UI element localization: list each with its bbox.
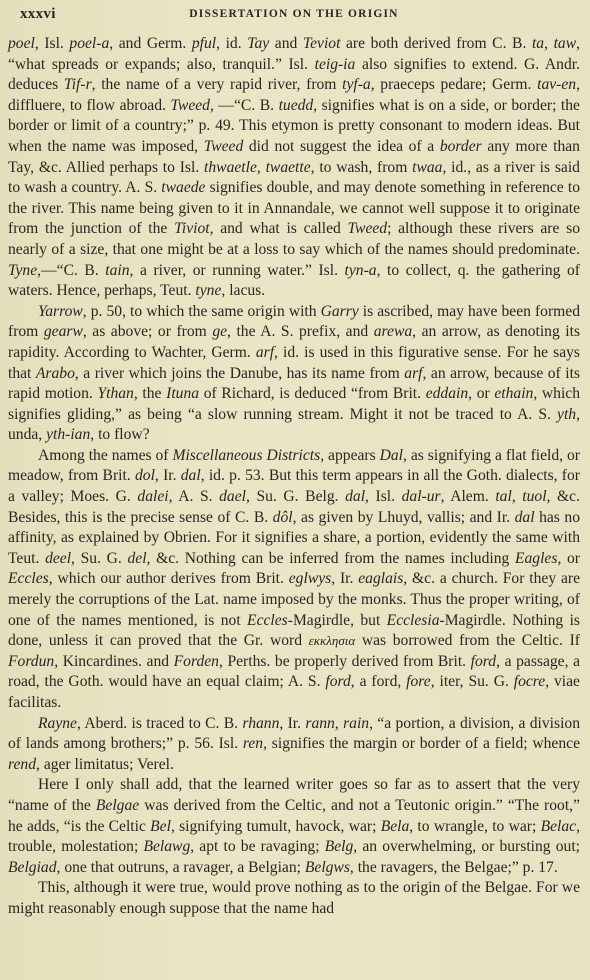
italic-term: Garry — [321, 303, 359, 320]
text-run: , an overwhelming, or bursting out; — [353, 838, 580, 855]
italic-term: Eagles — [515, 550, 557, 567]
italic-term: Forden — [174, 653, 219, 670]
italic-term: pful — [192, 35, 216, 52]
italic-term: tain — [105, 262, 129, 279]
text-run: , Isl. — [35, 35, 70, 52]
italic-term: Fordun — [8, 653, 54, 670]
text-run: , to flow? — [90, 426, 149, 443]
italic-term: eddain — [426, 385, 468, 402]
italic-term: border — [440, 138, 482, 155]
italic-term: Ituna — [166, 385, 199, 402]
italic-term: fore — [406, 673, 431, 690]
italic-term: Belgae — [96, 797, 139, 814]
paragraph: Here I only shall add, that the learned … — [8, 775, 580, 878]
paragraph: Rayne, Aberd. is traced to C. B. rhann, … — [8, 714, 580, 776]
italic-term: tuedd — [279, 97, 314, 114]
text-run: , Ir. — [331, 570, 358, 587]
italic-term: Tiviot — [174, 220, 210, 237]
italic-term: Tweed — [204, 138, 244, 155]
italic-term: Bel — [150, 818, 171, 835]
italic-term: rend — [8, 756, 36, 773]
italic-term: Ecclesia — [387, 612, 440, 629]
italic-term: Belawg — [143, 838, 190, 855]
italic-term: Tweed — [170, 97, 210, 114]
text-run: , one that outruns, a ravager, a Belgian… — [57, 859, 305, 876]
text-run: , Su. G. — [71, 550, 127, 567]
italic-term: rain — [343, 715, 369, 732]
text-run: , the ravagers, the Belgae;” p. 17. — [350, 859, 558, 876]
italic-term: ta — [532, 35, 544, 52]
italic-term: dol — [135, 467, 155, 484]
italic-term: dael — [219, 488, 246, 505]
italic-term: dalei — [137, 488, 168, 505]
italic-term: rhann — [242, 715, 279, 732]
text-run: ,—“C. B. — [37, 262, 105, 279]
text-run: , lacus. — [221, 282, 265, 299]
italic-term: Belac — [541, 818, 577, 835]
italic-term: Arabo — [36, 365, 75, 382]
text-run: was borrowed from the Celtic. If — [355, 632, 580, 649]
italic-term: Tay — [247, 35, 269, 52]
italic-term: dôl — [273, 509, 293, 526]
italic-term: Belgiad — [8, 859, 57, 876]
italic-term: dal-ur — [402, 488, 441, 505]
italic-term: dal — [181, 467, 201, 484]
text-run: and — [269, 35, 303, 52]
italic-term: dal — [345, 488, 365, 505]
text-run: , — [257, 159, 266, 176]
text-run: , a ford, — [351, 673, 406, 690]
text-run: , id. — [216, 35, 247, 52]
text-run: , signifies the margin or border of a fi… — [263, 735, 580, 752]
text-run: , a river, or running water.” Isl. — [130, 262, 345, 279]
italic-term: del — [127, 550, 146, 567]
italic-term: Ythan — [97, 385, 133, 402]
body-text: poel, Isl. poel-a, and Germ. pful, id. T… — [8, 34, 580, 920]
text-run: , to wrangle, to war; — [409, 818, 540, 835]
italic-term: twaede — [161, 179, 205, 196]
italic-term: tal — [495, 488, 511, 505]
text-run: , and what is called — [210, 220, 348, 237]
text-run: , ager limitatus; Verel. — [36, 756, 174, 773]
italic-term: Belg — [325, 838, 354, 855]
text-run: , Ir. — [155, 467, 181, 484]
text-run: , Alem. — [441, 488, 496, 505]
text-run: , apt to be ravaging; — [190, 838, 324, 855]
italic-term: Tyne — [8, 262, 37, 279]
text-run: , Su. G. Belg. — [246, 488, 345, 505]
italic-term: deel — [45, 550, 71, 567]
text-run: This, although it were true, would prove… — [8, 879, 580, 917]
text-run: , Isl. — [365, 488, 402, 505]
italic-term: thwaetle — [204, 159, 257, 176]
italic-term: rann — [305, 715, 334, 732]
italic-term: Tif-r — [64, 76, 92, 93]
text-run: -Magirdle, but — [288, 612, 387, 629]
italic-term: yth-ian — [46, 426, 90, 443]
text-run: , a river which joins the Danube, has it… — [75, 365, 404, 382]
greek-word: εκκλησια — [309, 633, 356, 648]
italic-term: ford — [471, 653, 496, 670]
italic-term: arf — [404, 365, 422, 382]
text-run: , signifying tumult, havock, war; — [171, 818, 381, 835]
paragraph: Among the names of Miscellaneous Distric… — [8, 446, 580, 714]
italic-term: taw — [554, 35, 577, 52]
italic-term: yth — [557, 406, 576, 423]
italic-term: focre — [514, 673, 545, 690]
italic-term: Dal — [380, 447, 403, 464]
text-run: , p. 50, to which the same origin with — [83, 303, 321, 320]
paragraph: Yarrow, p. 50, to which the same origin … — [8, 302, 580, 446]
text-run: , and Germ. — [109, 35, 192, 52]
italic-term: gearw — [44, 323, 83, 340]
italic-term: poel — [8, 35, 35, 52]
text-run: , or — [557, 550, 580, 567]
paragraph: This, although it were true, would prove… — [8, 878, 580, 919]
text-run: , praeceps pedare; Germ. — [371, 76, 537, 93]
italic-term: Eccles — [247, 612, 288, 629]
text-run: , the name of a very rapid river, from — [92, 76, 342, 93]
text-run: of Richard, is deduced “from Brit. — [199, 385, 426, 402]
text-run: did not suggest the idea of a — [243, 138, 440, 155]
italic-term: twaette — [266, 159, 311, 176]
italic-term: ford — [325, 673, 350, 690]
book-page: xxxvi DISSERTATION ON THE ORIGIN poel, I… — [0, 0, 590, 980]
italic-term: Miscellaneous Districts — [172, 447, 320, 464]
italic-term: eglwys — [289, 570, 331, 587]
italic-term: Rayne — [38, 715, 77, 732]
italic-term: tav-en — [537, 76, 576, 93]
italic-term: ren — [243, 735, 263, 752]
text-run: , &c. Nothing can be inferred from the n… — [147, 550, 515, 567]
text-run: , — [544, 35, 553, 52]
text-run: , iter, Su. G. — [431, 673, 514, 690]
italic-term: tyf-a — [342, 76, 371, 93]
italic-term: Belgws — [305, 859, 350, 876]
text-run: Among the names of — [38, 447, 172, 464]
text-run: , as above; or from — [83, 323, 212, 340]
text-run: , A. S. — [169, 488, 220, 505]
text-run: , or — [468, 385, 494, 402]
text-run: , which our author derives from Brit. — [49, 570, 289, 587]
italic-term: teig-ia — [315, 56, 356, 73]
text-run: , the A. S. prefix, and — [227, 323, 374, 340]
text-run: , — [335, 715, 343, 732]
italic-term: Teviot — [303, 35, 341, 52]
italic-term: ge — [212, 323, 227, 340]
text-run: , appears — [320, 447, 379, 464]
italic-term: arf — [256, 344, 274, 361]
italic-term: dal — [515, 509, 535, 526]
text-run: , to wash, from — [311, 159, 413, 176]
italic-term: Eccles — [8, 570, 49, 587]
text-run: , as given by Lhuyd, vallis; and Ir. — [293, 509, 515, 526]
running-head: xxxvi DISSERTATION ON THE ORIGIN — [8, 0, 580, 34]
text-run: , Ir. — [279, 715, 305, 732]
text-run: , Aberd. is traced to C. B. — [77, 715, 242, 732]
italic-term: Bela — [381, 818, 410, 835]
italic-term: tyn-a — [345, 262, 377, 279]
italic-term: ethain — [494, 385, 533, 402]
text-run: are both derived from C. B. — [340, 35, 532, 52]
text-run: , — [512, 488, 522, 505]
italic-term: Yarrow — [38, 303, 83, 320]
text-run: , the — [134, 385, 166, 402]
italic-term: arewa — [374, 323, 412, 340]
italic-term: tuol — [522, 488, 546, 505]
italic-term: twaa — [412, 159, 442, 176]
text-run: , —“C. B. — [210, 97, 279, 114]
text-run: , Kincardines. and — [54, 653, 173, 670]
italic-term: Tweed — [348, 220, 388, 237]
italic-term: poel-a — [69, 35, 109, 52]
paragraph: poel, Isl. poel-a, and Germ. pful, id. T… — [8, 34, 580, 302]
running-title: DISSERTATION ON THE ORIGIN — [8, 8, 580, 20]
italic-term: tyne — [195, 282, 221, 299]
italic-term: eaglais — [358, 570, 403, 587]
text-run: , Perths. be properly derived from Brit. — [219, 653, 471, 670]
